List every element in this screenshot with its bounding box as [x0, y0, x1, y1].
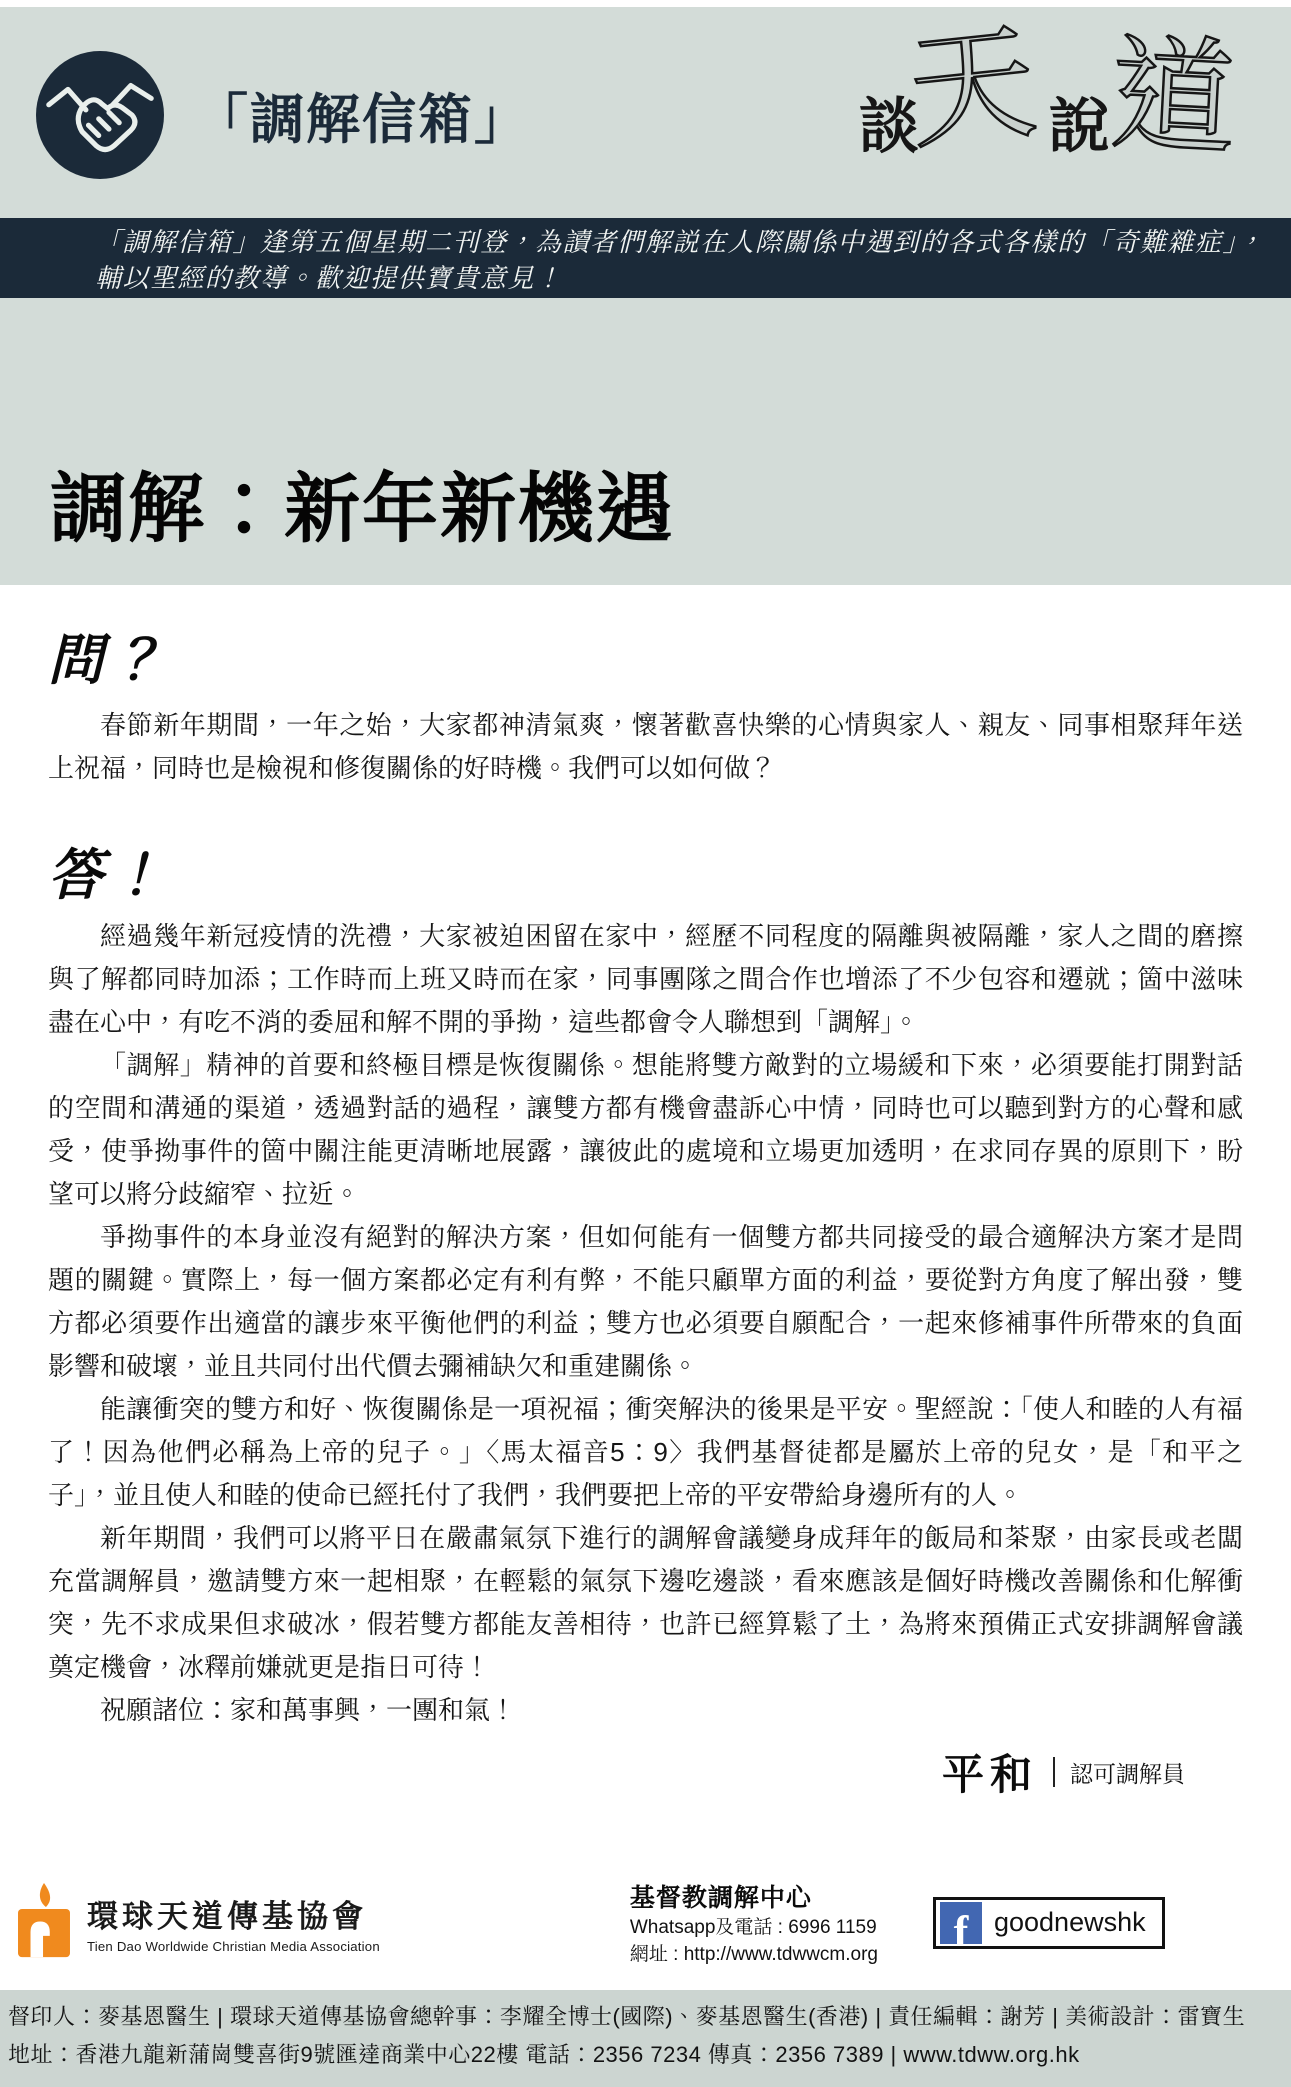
candle-logo-icon	[15, 1882, 73, 1964]
facebook-icon: f	[940, 1902, 982, 1944]
bottom-bar: 督印人：麥基恩醫生 | 環球天道傳基協會總幹事：李耀全博士(國際)、麥基恩醫生(…	[0, 1990, 1291, 2087]
column-title: 「調解信箱」	[194, 77, 530, 154]
author-name: 平和	[942, 1742, 1038, 1802]
org-name-en: Tien Dao Worldwide Christian Media Assoc…	[87, 1939, 380, 1954]
credits-line: 督印人：麥基恩醫生 | 環球天道傳基協會總幹事：李耀全博士(國際)、麥基恩醫生(…	[8, 1998, 1285, 2036]
contact-address-line: 地址：香港九龍新蒲崗雙喜街9號匯達商業中心22樓 電話：2356 7234 傳真…	[8, 2036, 1285, 2074]
facebook-badge[interactable]: f goodnewshk	[933, 1897, 1165, 1949]
logo-char-tin: 天	[903, 19, 1041, 157]
newsletter-page: 「調解信箱」 談 天 說 道 「調解信箱」逢第五個星期二刊登，為讀者們解説在人際…	[0, 0, 1291, 2087]
column-brand: 「調解信箱」	[36, 51, 530, 179]
org-name-zh: 環球天道傳基協會	[87, 1891, 380, 1936]
logo-char-shut: 說	[1049, 97, 1109, 157]
intro-banner: 「調解信箱」逢第五個星期二刊登，為讀者們解説在人際關係中遇到的各式各樣的「奇難雜…	[0, 218, 1291, 298]
logo-char-to: 道	[1108, 32, 1240, 164]
banner-line-2: 輔以聖經的教導。歡迎提供寶貴意見！	[95, 260, 1271, 296]
org-name-block: 環球天道傳基協會 Tien Dao Worldwide Christian Me…	[87, 1891, 380, 1954]
hero-section: 調解：新年新機遇	[0, 298, 1291, 585]
answer-paragraph: 經過幾年新冠疫情的洗禮，大家被迫困留在家中，經歷不同程度的隔離與被隔離，家人之間…	[48, 915, 1243, 1044]
whatsapp-phone: Whatsapp及電話 : 6996 1159	[630, 1914, 878, 1941]
answer-label: 答！	[48, 848, 1243, 903]
handshake-icon	[36, 51, 164, 179]
question-label: 問？	[48, 633, 1243, 688]
masthead: 「調解信箱」 談 天 說 道	[0, 7, 1291, 218]
tan-tin-shut-to-logo: 談 天 說 道	[859, 35, 1249, 200]
author-title: 認可調解員	[1070, 1756, 1185, 1789]
answer-paragraph: 爭拗事件的本身並沒有絕對的解決方案，但如何能有一個雙方都共同接受的最合適解決方案…	[48, 1216, 1243, 1388]
answer-paragraph: 祝願諸位：家和萬事興，一團和氣！	[48, 1689, 1243, 1732]
org-logo: 環球天道傳基協會 Tien Dao Worldwide Christian Me…	[15, 1882, 380, 1964]
website-url[interactable]: 網址 : http://www.tdwwcm.org	[630, 1941, 878, 1968]
answer-paragraph: 「調解」精神的首要和終極目標是恢復關係。想能將雙方敵對的立場緩和下來，必須要能打…	[48, 1044, 1243, 1216]
signature: 平和 認可調解員	[48, 1742, 1243, 1802]
signature-divider	[1053, 1757, 1055, 1787]
banner-line-1: 「調解信箱」逢第五個星期二刊登，為讀者們解説在人際關係中遇到的各式各樣的「奇難雜…	[95, 224, 1271, 260]
answer-paragraph: 新年期間，我們可以將平日在嚴肅氣氛下進行的調解會議變身成拜年的飯局和茶聚，由家長…	[48, 1517, 1243, 1689]
answer-paragraph: 能讓衝突的雙方和好、恢復關係是一項祝福；衝突解決的後果是平安。聖經說：「使人和睦…	[48, 1388, 1243, 1517]
mediation-center-name: 基督教調解中心	[630, 1878, 878, 1914]
question-text: 春節新年期間，一年之始，大家都神清氣爽，懷著歡喜快樂的心情與家人、親友、同事相聚…	[48, 704, 1243, 790]
contact-block: 基督教調解中心 Whatsapp及電話 : 6996 1159 網址 : htt…	[630, 1878, 878, 1968]
article-title: 調解：新年新機遇	[0, 298, 1291, 557]
page-footer: 環球天道傳基協會 Tien Dao Worldwide Christian Me…	[0, 1855, 1291, 1990]
facebook-f-glyph: f	[954, 1910, 969, 1944]
article-body: 問？ 春節新年期間，一年之始，大家都神清氣爽，懷著歡喜快樂的心情與家人、親友、同…	[0, 585, 1291, 1855]
facebook-handle: goodnewshk	[994, 1907, 1146, 1938]
top-margin-strip	[0, 0, 1291, 7]
